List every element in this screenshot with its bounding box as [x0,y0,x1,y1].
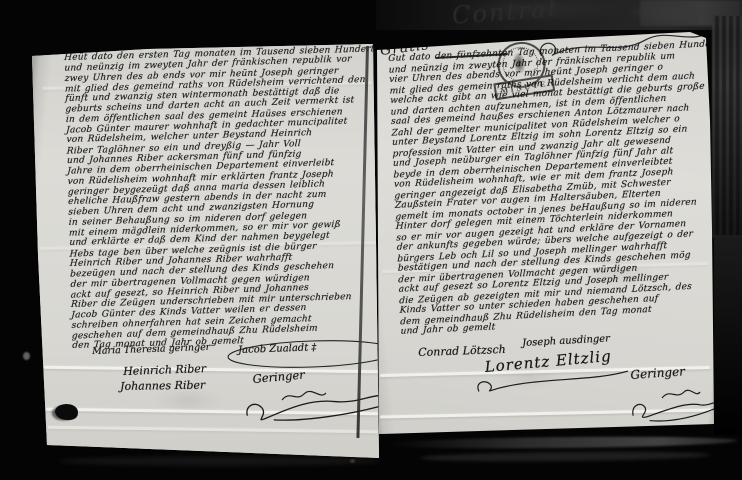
signature-heinrich-riber: Heinrich Riber [123,362,206,378]
right-page-paper: Gratis Gut dato den fünfzehnten Tag mona… [372,26,720,438]
fold-line [48,426,378,434]
signature-geringer-right: Geringer [630,364,685,382]
right-page: Gratis Gut dato den fünfzehnten Tag mona… [372,26,720,438]
left-page-paper: Heüt dato den ersten Tag monaten im Taus… [28,40,384,464]
signature-johannes-riber: Johannes Riber [120,379,205,393]
notary-paraph [628,392,722,426]
ink-blot [54,402,79,421]
left-page: Heüt dato den ersten Tag monaten im Taus… [28,40,384,464]
signature-joseph-ausdinger: Joseph ausdinger [522,333,610,349]
left-page-manuscript-text: Heüt dato den ersten Tag monaten im Taus… [64,44,378,351]
signature-geringer: Geringer [252,367,305,386]
archival-document-scan: Contrat Heüt dato den ersten Tag monaten… [0,0,742,480]
notarial-stamp: MINUTE [487,38,555,99]
book-edge-streak [420,450,710,462]
